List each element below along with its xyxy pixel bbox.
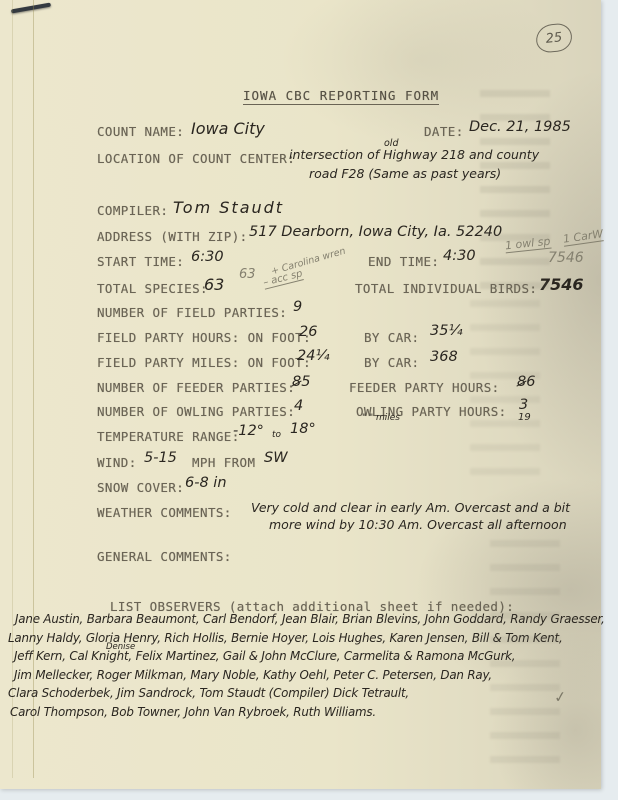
- feeder-parties-value: 85: [292, 374, 310, 390]
- observers-line: Jeff Kern, Cal Knight, Felix Martinez, G…: [14, 649, 515, 663]
- field-party-miles-foot: 24¼: [297, 348, 330, 364]
- temperature-label: TEMPERATURE RANGE:: [97, 429, 240, 444]
- owling-miles-value: 19: [518, 412, 531, 423]
- feeder-parties-crossed: 8: [292, 374, 301, 390]
- location-line1: intersection of Highway 218 and county: [289, 147, 539, 162]
- start-time-label: START TIME:: [97, 254, 184, 269]
- weather-comments-label: WEATHER COMMENTS:: [97, 505, 232, 520]
- observers-line: Jane Austin, Barbara Beaumont, Carl Bend…: [15, 612, 605, 626]
- observers-line: Clara Schoderbek, Jim Sandrock, Tom Stau…: [8, 686, 409, 700]
- observers-insertion: Denise: [106, 642, 135, 652]
- observers-line: Jim Mellecker, Roger Milkman, Mary Noble…: [14, 668, 492, 682]
- weather-comments-line1: Very cold and clear in early Am. Overcas…: [251, 500, 570, 515]
- count-name-value: Iowa City: [191, 119, 265, 138]
- weather-comments-line2: more wind by 10:30 Am. Overcast all afte…: [269, 517, 567, 532]
- feeder-hours-new: 6: [526, 374, 535, 390]
- field-party-hours-foot: 26: [299, 324, 317, 340]
- compiler-label: COMPILER:: [97, 203, 168, 218]
- owling-parties-label: NUMBER OF OWLING PARTIES:: [97, 404, 295, 419]
- pencil-birds-total: 7546: [548, 250, 584, 266]
- location-insertion: old: [384, 138, 398, 149]
- by-car-label-miles: BY CAR:: [364, 355, 419, 370]
- owling-parties-value: 4: [294, 398, 303, 414]
- location-line2: road F28 (Same as past years): [309, 166, 501, 181]
- pencil-owl-note: 1 owl sp: [504, 235, 551, 254]
- field-party-miles-label: FIELD PARTY MILES: ON FOOT:: [97, 355, 311, 370]
- wind-unit-label: MPH FROM: [192, 455, 255, 470]
- field-party-hours-car: 35¼: [430, 323, 463, 339]
- feeder-hours-crossed: 8: [517, 374, 526, 390]
- compiler-value: Tom Staudt: [173, 198, 284, 217]
- temperature-to: to: [272, 430, 281, 440]
- end-time-value: 4:30: [443, 248, 476, 264]
- feeder-parties-new: 5: [301, 374, 310, 390]
- wind-direction: SW: [264, 450, 288, 466]
- snow-cover-value: 6-8 in: [185, 475, 227, 491]
- address-label: ADDRESS (WITH ZIP):: [97, 229, 248, 244]
- observers-line: Carol Thompson, Bob Towner, John Van Ryb…: [10, 705, 376, 719]
- scanned-document-page: { "page": { "page_number": "25", "title"…: [0, 0, 618, 800]
- total-species-label: TOTAL SPECIES:: [97, 281, 208, 296]
- scanned-paper: 25 IOWA CBC REPORTING FORM COUNT NAME: I…: [0, 0, 601, 789]
- field-party-miles-car: 368: [430, 349, 458, 365]
- temperature-low: -12°: [233, 423, 264, 439]
- date-value: Dec. 21, 1985: [469, 119, 571, 135]
- snow-cover-label: SNOW COVER:: [97, 480, 184, 495]
- total-species-value: 63: [204, 275, 224, 294]
- temperature-high: 18°: [290, 421, 316, 437]
- feeder-hours-value: 86: [517, 374, 535, 390]
- general-comments-label: GENERAL COMMENTS:: [97, 549, 232, 564]
- location-label: LOCATION OF COUNT CENTER:: [97, 151, 295, 166]
- wind-label: WIND:: [97, 455, 137, 470]
- count-name-label: COUNT NAME:: [97, 124, 184, 139]
- field-party-hours-label: FIELD PARTY HOURS: ON FOOT:: [97, 330, 311, 345]
- pencil-species-repeat: 63: [239, 267, 256, 282]
- end-time-label: END TIME:: [368, 254, 439, 269]
- field-parties-label: NUMBER OF FIELD PARTIES:: [97, 305, 287, 320]
- circled-page-number: 25: [535, 22, 574, 54]
- wind-value: 5-15: [144, 450, 177, 466]
- form-title: IOWA CBC REPORTING FORM: [243, 88, 439, 105]
- address-value: 517 Dearborn, Iowa City, Ia. 52240: [249, 224, 502, 240]
- total-birds-value: 7546: [539, 275, 584, 294]
- date-label: DATE:: [424, 124, 464, 139]
- total-birds-label: TOTAL INDIVIDUAL BIRDS:: [355, 281, 537, 296]
- pencil-checkmark: ✓: [553, 687, 568, 707]
- field-parties-value: 9: [293, 299, 302, 315]
- paper-fold-line: [12, 0, 13, 778]
- pencil-carw-note: 1 CarW: [562, 227, 604, 246]
- feeder-parties-label: NUMBER OF FEEDER PARTIES:: [97, 380, 295, 395]
- owling-miles-ditto: " " miles: [362, 413, 400, 423]
- by-car-label-hours: BY CAR:: [364, 330, 419, 345]
- owling-hours-value: 3: [519, 397, 528, 413]
- staple: [11, 3, 51, 14]
- observers-line: Lanny Haldy, Gloria Henry, Rich Hollis, …: [8, 631, 563, 645]
- feeder-hours-label: FEEDER PARTY HOURS:: [349, 380, 500, 395]
- start-time-value: 6:30: [191, 249, 224, 265]
- page-number: 25: [545, 30, 563, 47]
